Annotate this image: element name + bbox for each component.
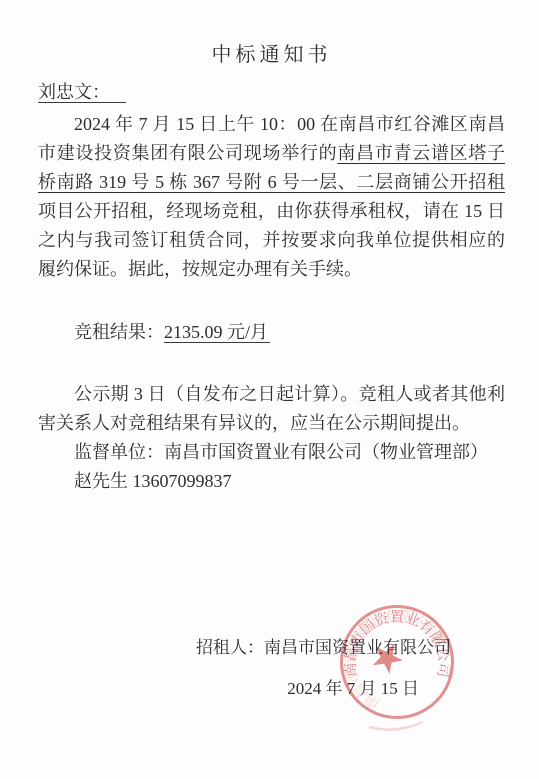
supervisor-line: 监督单位：南昌市国资置业有限公司（物业管理部） (38, 438, 505, 467)
bid-result-label: 竞租结果： (74, 322, 164, 342)
date-line: 2024 年 7 月 15 日 (38, 674, 505, 703)
publicity-paragraph: 公示期 3 日（自发布之日起计算）。竞租人或者其他利害关系人对竞租结果有异议的，… (38, 380, 505, 438)
signature-block: 招租人：南昌市国资置业有限公司 2024 年 7 月 15 日 (38, 633, 505, 703)
body-paragraph: 2024 年 7 月 15 日上午 10：00 在南昌市红谷滩区南昌市建设投资集… (38, 110, 505, 284)
document-title: 中标通知书 (38, 42, 505, 68)
seal-smudge (369, 722, 423, 730)
bid-result-value: 2135.09 元/月 (164, 322, 270, 343)
contact-line: 赵先生 13607099837 (38, 467, 505, 496)
document-page: 中标通知书 刘忠文： 2024 年 7 月 15 日上午 10：00 在南昌市红… (0, 0, 539, 779)
lessor-line: 招租人：南昌市国资置业有限公司 (38, 633, 505, 662)
body-paragraph-part2: 项目公开招租，经现场竞租，由你获得承租权，请在 15 日之内与我司签订租赁合同，… (38, 201, 505, 279)
addressee-line: 刘忠文： (38, 78, 505, 107)
bid-result-line: 竞租结果：2135.09 元/月 (38, 318, 505, 347)
addressee-name: 刘忠文： (38, 82, 126, 103)
